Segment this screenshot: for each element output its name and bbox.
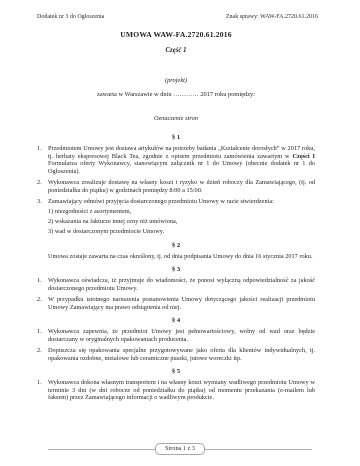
footer-rule-right [205,449,312,450]
section-5-heading: § 5 [37,368,315,375]
page-header: Dodatek nr 3 do Ogłoszenia Znak sprawy: … [0,0,360,21]
clause: 2. W przypadku istotnego naruszenia post… [37,296,315,311]
clause-text: Wykonawca zrealizuje dostawę na własny k… [48,179,315,194]
section-3: § 3 1. Wykonawca oświadcza, iż przyjmuje… [37,266,315,311]
clause: 3. Zamawiający odmówi przyjęcia dostarcz… [37,198,315,236]
section-2: § 2 Umowa zostaje zawarta na czas określ… [37,242,315,261]
clause: 1. Wykonawca dokona własnym transportem … [37,379,315,402]
clause: 2. Dopuszcza się opakowania specjalne pr… [37,347,315,362]
contract-title: UMOWA WAW-FA.2720.61.2016 [37,30,315,39]
clause-number: 2. [37,347,48,355]
clause: 1. Wykonawca oświadcza, iż przyjmuje do … [37,277,315,292]
subclause: 1) niezgodności z asortymentem, [48,208,315,216]
clause-text-segment: Zamawiający odmówi przyjęcia dostarczone… [48,198,274,205]
footer-rule-left [48,449,155,450]
section-1-heading: § 1 [37,134,315,141]
section-4-heading: § 4 [37,317,315,324]
clause-number: 1. [37,277,48,285]
contract-intro-line: zawarta w Warszawie w dniu ………… 2017 rok… [37,91,315,98]
clause-text: Dopuszcza się opakowania specjalne przyg… [48,347,315,362]
clause-text: Wykonawca dokona własnym transportem i n… [48,379,315,402]
header-case-number: Znak sprawy: WAW-FA.2720.61.2016 [226,14,318,21]
clause-text: Wykonawca zapewnia, że przedmiot Umowy j… [48,328,315,343]
subclause: 3) wad w dostarczonym przedmiocie Umowy. [48,228,315,236]
contract-document-page: Dodatek nr 3 do Ogłoszenia Znak sprawy: … [0,0,360,466]
clause: 1. Wykonawca zapewnia, że przedmiot Umow… [37,328,315,343]
clause-text: Przedmiotem Umowy jest dostawa artykułów… [48,145,315,175]
clause-text: Wykonawca oświadcza, iż przyjmuje do wia… [48,277,315,292]
clause: 1. Przedmiotem Umowy jest dostawa artyku… [37,145,315,175]
section-4: § 4 1. Wykonawca zapewnia, że przedmiot … [37,317,315,362]
section-2-body: Umowa zostaje zawarta na czas określony,… [48,253,315,261]
document-body: UMOWA WAW-FA.2720.61.2016 Część 1 (proje… [0,30,360,402]
header-annex-label: Dodatek nr 3 do Ogłoszenia [37,14,104,21]
clause-number: 1. [37,328,48,336]
parties-heading: Oznaczenie stron [37,115,315,122]
page-number-box: Strona 1 z 3 [155,443,205,455]
subclause: 2) wskazania na fakturze innej ceny niż … [48,218,315,226]
clause-text-segment: Przedmiotem Umowy jest dostawa artykułów… [48,145,315,160]
page-number: Strona 1 z 3 [165,445,195,452]
page-footer: Strona 1 z 3 [48,443,312,455]
section-3-heading: § 3 [37,266,315,273]
draft-label: (projekt) [37,77,315,84]
clause-number: 3. [37,198,48,206]
clause-number: 1. [37,379,48,387]
clause-number: 2. [37,179,48,187]
clause-text: Zamawiający odmówi przyjęcia dostarczone… [48,198,315,236]
section-5: § 5 1. Wykonawca dokona własnym transpor… [37,368,315,402]
clause-text-bold-segment: Części I [292,153,315,160]
contract-part-label: Część 1 [37,47,315,54]
clause-number: 1. [37,145,48,153]
clause-number: 2. [37,296,48,304]
clause-text-segment: Formularza oferty Wykonawcy, stanowiącym… [48,160,315,175]
section-1: § 1 1. Przedmiotem Umowy jest dostawa ar… [37,134,315,236]
clause-text: W przypadku istotnego naruszenia postano… [48,296,315,311]
clause: 2. Wykonawca zrealizuje dostawę na własn… [37,179,315,194]
section-2-heading: § 2 [37,242,315,249]
